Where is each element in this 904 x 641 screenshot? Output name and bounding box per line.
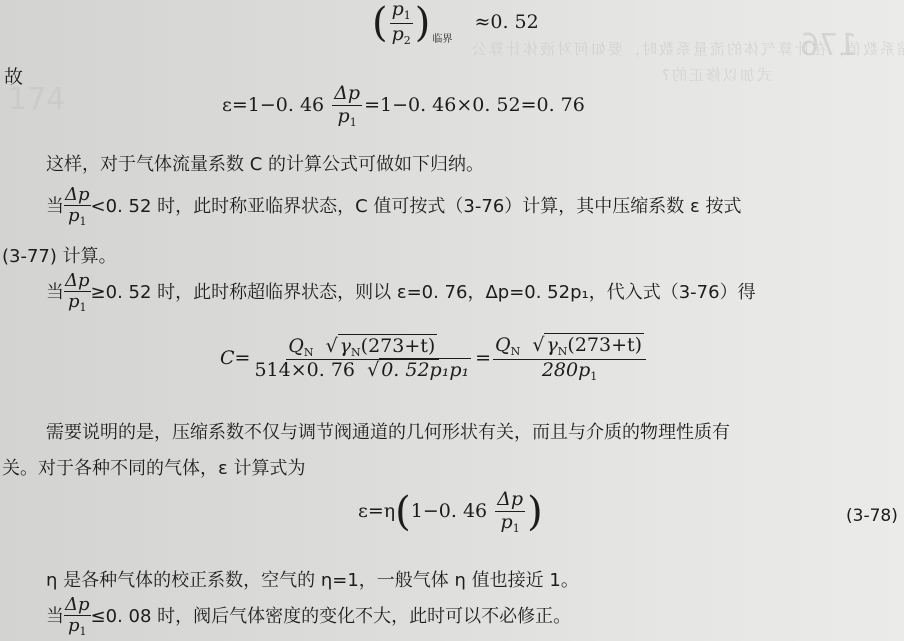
sqrt-rest: (273+t) (567, 334, 642, 356)
equation-number: (3-78) (846, 506, 898, 526)
right-paren: ) (415, 0, 431, 46)
formula-eta: ε=η(1−0. 46 Δp p1 ) (358, 490, 543, 534)
denominator: 280p (542, 359, 590, 381)
formula-C: C= QN √γN(273+t) 514×0. 76 √0. 52p₁p₁ = … (220, 336, 648, 382)
when-label: 当 (46, 606, 64, 627)
epsilon-rhs: =1−0. 46×0. 52=0. 76 (364, 94, 585, 116)
denominator: p (68, 615, 80, 636)
gamma-subscript: N (351, 346, 361, 359)
formula-epsilon-value: ε=1−0. 46 Δp p1 =1−0. 46×0. 52=0. 76 (222, 84, 585, 128)
paragraph-note-line2: 关。对于各种不同的气体，ε 计算式为 (2, 454, 305, 480)
sqrt-radicand: 0. 52p₁p₁ (379, 358, 471, 381)
case-subcritical: 当 Δp p1 <0. 52 时，此时称亚临界状态，C 值可按式（3-76）计算… (46, 186, 741, 228)
numerator: Δp (64, 596, 91, 616)
equals: = (475, 347, 491, 369)
Q: Q (288, 335, 304, 357)
numerator: Δp (495, 490, 525, 512)
C-lhs: C= (220, 347, 250, 369)
paragraph-summary: 这样，对于气体流量系数 C 的计算公式可做如下归纳。 (46, 150, 484, 176)
gamma-subscript: N (558, 345, 568, 358)
bleed-through-number: 176 (800, 28, 857, 63)
fraction-dp-p1: Δp p1 (64, 272, 91, 314)
sqrt-rest: (273+t) (361, 335, 436, 357)
fraction-C-1: QN √γN(273+t) 514×0. 76 √0. 52p₁p₁ (252, 337, 473, 381)
denominator: p (68, 291, 80, 312)
denominator: p (338, 105, 350, 127)
denominator: p (68, 205, 80, 226)
fraction-dp-p1: Δp p1 (332, 84, 362, 128)
numerator: Δp (64, 272, 91, 292)
denominator-subscript: 1 (513, 522, 520, 535)
eta-lhs: ε=η (358, 500, 395, 522)
fraction-p1-p2: p1 p2 (390, 0, 413, 46)
sqrt: √γN(273+t) (532, 336, 644, 358)
gamma: γ (340, 335, 351, 357)
paragraph-note-line1: 需要说明的是，压缩系数不仅与调节阀通道的几何形状有关，而且与介质的物理性质有 (46, 418, 730, 444)
denominator-subscript: 1 (590, 370, 597, 383)
subcritical-text: <0. 52 时，此时称亚临界状态，C 值可按式（3-76）计算，其中压缩系数 … (91, 196, 742, 217)
fraction-dp-p1: Δp p1 (495, 490, 525, 534)
numerator: Δp (332, 84, 362, 106)
word-therefore: 故 (4, 62, 23, 89)
case-subcritical-continuation: (3-77) 计算。 (2, 242, 117, 268)
numerator: Δp (64, 186, 91, 206)
denominator-subscript: 2 (404, 34, 411, 47)
denominator-prefix: 514×0. 76 (254, 359, 355, 381)
numerator-subscript: 1 (404, 9, 411, 22)
right-paren: ) (527, 489, 543, 535)
when-label: 当 (46, 196, 64, 217)
denominator-subscript: 1 (80, 215, 87, 228)
left-paren: ( (395, 489, 411, 535)
critical-label: 临界 (432, 34, 452, 45)
scanned-page: 176 阜阳公式中的压缩系数值，在计算气体的流量系数时，要如何对液体计算公 式加… (0, 0, 904, 641)
epsilon-lhs: ε=1−0. 46 (222, 94, 324, 116)
denominator-subscript: 1 (350, 116, 357, 129)
Q-subscript: N (304, 346, 314, 359)
gamma: γ (546, 334, 557, 356)
case-small-change: 当 Δp p1 ≤0. 08 时，阀后气体密度的变化不大，此时可以不必修正。 (46, 596, 571, 638)
bleed-through-heading-2: 式加以修正的? (660, 64, 772, 85)
numerator: p (392, 0, 404, 20)
sqrt: √γN(273+t) (326, 337, 438, 359)
paragraph-eta: η 是各种气体的校正系数，空气的 η=1，一般气体 η 值也接近 1。 (46, 566, 579, 592)
left-paren: ( (372, 0, 388, 46)
denominator-subscript: 1 (80, 301, 87, 314)
denominator: p (501, 511, 513, 533)
supercritical-text: ≥0. 52 时，此时称超临界状态，则以 ε=0. 76，Δp=0. 52p₁，… (91, 282, 756, 303)
inner-prefix: 1−0. 46 (411, 500, 487, 522)
when-label: 当 (46, 282, 64, 303)
denominator-subscript: 1 (80, 625, 87, 638)
fraction-dp-p1: Δp p1 (64, 596, 91, 638)
sqrt: √0. 52p₁p₁ (367, 361, 471, 381)
Q-subscript: N (511, 345, 521, 358)
fraction-C-2: QN √γN(273+t) 280p1 (493, 336, 646, 382)
Q: Q (495, 334, 511, 356)
case-supercritical: 当 Δp p1 ≥0. 52 时，此时称超临界状态，则以 ε=0. 76，Δp=… (46, 272, 756, 314)
denominator: p (392, 23, 404, 45)
small-change-text: ≤0. 08 时，阀后气体密度的变化不大，此时可以不必修正。 (91, 606, 572, 627)
fraction-dp-p1: Δp p1 (64, 186, 91, 228)
critical-value: ≈0. 52 (474, 11, 538, 33)
formula-critical-ratio: ( p1 p2 )临界 ≈0. 52 (372, 0, 539, 46)
